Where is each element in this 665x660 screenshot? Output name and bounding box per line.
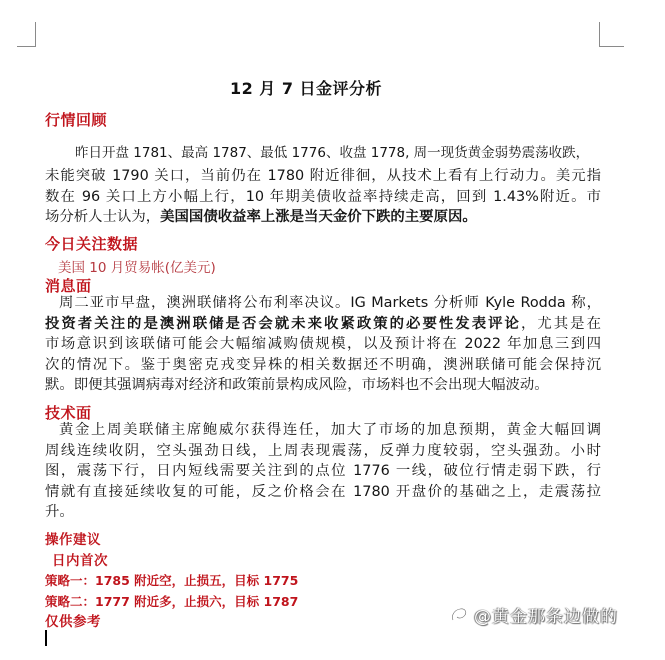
paragraph-line: 场分析人士认为，美国国债收益率上涨是当天金价下跌的主要原因。 <box>45 207 601 228</box>
paragraph-line: 市场意识到该联储可能会大幅缩减购债规模，以及预计将在 2022 年加息三到四 <box>45 334 601 355</box>
paragraph-news: 周二亚市早盘，澳洲联储将公布利率决议。IG Markets 分析师 Kyle R… <box>45 293 601 396</box>
weibo-icon <box>450 606 470 627</box>
disclaimer: 仅供参考 <box>45 610 101 630</box>
paragraph-line: 周线连续收阴，空头强劲日线，上周表现震荡，反弹力度较弱，空头强劲。小时 <box>45 441 601 462</box>
bold-conclusion: 美国国债收益率上涨是当天金价下跌的主要原因。 <box>160 209 477 225</box>
paragraph-text: ，尤其是在 <box>521 316 601 332</box>
text-cursor <box>45 630 47 646</box>
watermark: @黄金那条边做的 <box>450 602 618 627</box>
paragraph-line: 情就有直接延续收复的可能，反之价格会在 1780 开盘价的基础之上，走震荡拉 <box>45 482 601 503</box>
strategy-one: 策略一：1785 附近空，止损五，目标 1775 <box>45 571 298 589</box>
subheading-intraday: 日内首次 <box>52 549 108 569</box>
document-title: 12 月 7 日金评分析 <box>0 76 612 99</box>
paragraph-line: 默。即便其强调病毒对经济和政策前景构成风险，市场料也不会出现大幅波动。 <box>45 375 601 396</box>
paragraph-line: 升。 <box>45 502 601 523</box>
paragraph-line: 图，震荡下行，日内短线需要关注到的点位 1776 一线，破位行情走弱下跌，行 <box>45 461 601 482</box>
page-corner-mark-top-left <box>17 22 36 47</box>
paragraph-line: 次的情况下。鉴于奥密克戎变异株的相关数据还不明确，澳洲联储可能会保持沉 <box>45 355 601 376</box>
paragraph-text: 场分析人士认为， <box>45 209 160 225</box>
watermark-text: @黄金那条边做的 <box>474 607 618 627</box>
heading-market-review: 行情回顾 <box>45 109 107 130</box>
page-corner-mark-top-right <box>599 22 624 47</box>
heading-today-focus: 今日关注数据 <box>45 233 138 254</box>
bold-segment: 投资者关注的是澳洲联储是否会就未来收紧政策的必要性发表评论 <box>45 316 521 332</box>
paragraph-line: 周二亚市早盘，澳洲联储将公布利率决议。IG Markets 分析师 Kyle R… <box>45 293 601 314</box>
paragraph-line: 数在 96 关口上方小幅上行，10 年期美债收益率持续走高，回到 1.43%附近… <box>45 187 601 208</box>
paragraph-line: 投资者关注的是澳洲联储是否会就未来收紧政策的必要性发表评论，尤其是在 <box>45 314 601 335</box>
paragraph-line: 未能突破 1790 关口，当前仍在 1780 附近徘徊，从技术上看有上行动力。美… <box>45 166 601 187</box>
heading-operation: 操作建议 <box>45 528 101 548</box>
paragraph-line: 黄金上周美联储主席鲍威尔获得连任，加大了市场的加息预期，黄金大幅回调 <box>45 420 601 441</box>
strategy-two: 策略二：1777 附近多，止损六，目标 1787 <box>45 592 298 610</box>
paragraph-market-review: 昨日开盘 1781、最高 1787、最低 1776、收盘 1778, 周一现货黄… <box>45 140 601 228</box>
focus-data-item: 美国 10 月贸易帐(亿美元) <box>58 256 216 276</box>
paragraph-technical: 黄金上周美联储主席鲍威尔获得连任，加大了市场的加息预期，黄金大幅回调 周线连续收… <box>45 420 601 523</box>
paragraph-line: 昨日开盘 1781、最高 1787、最低 1776、收盘 1778, 周一现货黄… <box>45 140 601 166</box>
